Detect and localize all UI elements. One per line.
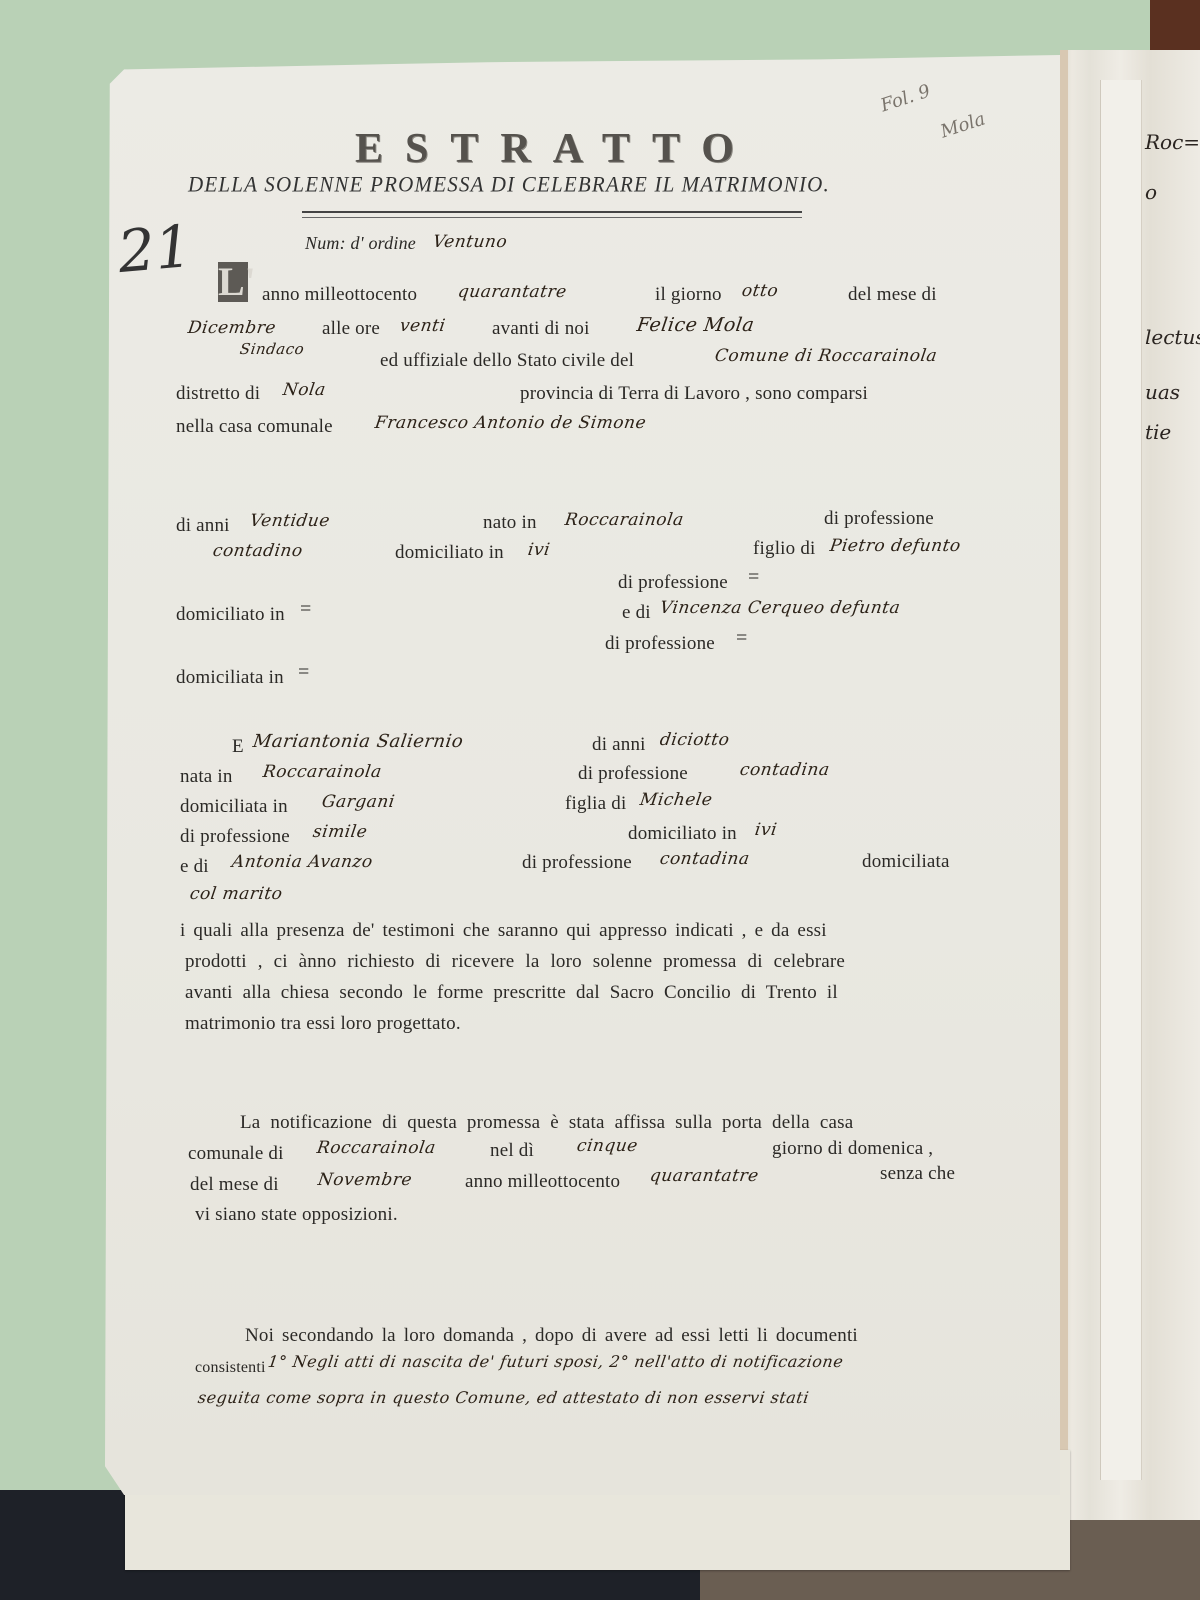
ore-value: venti — [399, 316, 447, 336]
notif-senza-label: senza che — [880, 1163, 955, 1185]
num-ordine-value: Ventuno — [432, 232, 509, 252]
groom-father-dom-label: domiciliato in — [176, 604, 285, 626]
bride-anni-label: di anni — [592, 734, 646, 756]
groom-mother-prof-label: di professione — [605, 633, 715, 655]
sheet-strip — [1100, 80, 1142, 1480]
groom-madre-label: e di — [622, 602, 651, 624]
para1-line3: avanti alla chiesa secondo le forme pres… — [185, 982, 838, 1004]
bride-nata-label: nata in — [180, 766, 233, 788]
groom-father-prof-value: = — [748, 566, 759, 589]
bride-father-dom-label: domiciliato in — [628, 823, 737, 845]
adjacent-note: uas — [1145, 380, 1180, 404]
bride-mother: Antonia Avanzo — [231, 852, 374, 872]
groom-father: Pietro defunto — [829, 536, 963, 556]
notif-nel-di-label: nel dì — [490, 1140, 534, 1162]
bride-figlia-label: figlia di — [565, 793, 626, 815]
bride-domiciliata-label: domiciliata in — [180, 796, 288, 818]
giorno-value: otto — [741, 281, 780, 301]
bride-domiciliata-value: Gargani — [321, 792, 397, 812]
comune-value: Comune di Roccarainola — [714, 346, 939, 366]
groom-father-prof-label: di professione — [618, 572, 728, 594]
noi-line1: Noi secondando la loro domanda , dopo di… — [245, 1325, 858, 1347]
ore-label: alle ore — [322, 318, 380, 340]
bride-father-dom-value: ivi — [754, 820, 779, 840]
notif-mese-label: del mese di — [190, 1174, 279, 1196]
anno-label: anno milleottocento — [262, 284, 417, 306]
adjacent-note: lectus — [1145, 325, 1200, 349]
groom-mother-dom-value: = — [298, 661, 309, 684]
bride-name: Mariantonia Saliernio — [252, 731, 465, 752]
mese-value: Dicembre — [187, 318, 278, 338]
mese-label: del mese di — [848, 284, 937, 306]
document-title: ESTRATTO — [355, 125, 756, 173]
officer-role: Sindaco — [239, 340, 306, 358]
para1-line4: matrimonio tra essi loro progettato. — [185, 1013, 461, 1035]
groom-domiciliato-value: ivi — [527, 540, 552, 560]
groom-nato-label: nato in — [483, 512, 537, 534]
groom-mother: Vincenza Cerqueo defunta — [659, 598, 902, 618]
distretto-label: distretto di — [176, 383, 260, 405]
bride-father: Michele — [639, 790, 714, 810]
groom-mother-dom-label: domiciliata in — [176, 667, 284, 689]
consistenti-label: consistenti — [195, 1359, 266, 1377]
groom-anni-label: di anni — [176, 515, 230, 537]
notif-line4: vi siano state opposizioni. — [195, 1204, 398, 1226]
groom-domiciliato-label: domiciliato in — [395, 542, 504, 564]
anno-value: quarantatre — [457, 282, 568, 302]
giorno-label: il giorno — [655, 284, 722, 306]
groom-nato-value: Roccarainola — [564, 510, 685, 530]
consistenti-hand2: seguita come sopra in questo Comune, ed … — [197, 1388, 811, 1407]
bride-mother-dom-value: col marito — [189, 884, 284, 904]
bride-father-prof-label: di professione — [180, 826, 290, 848]
notif-anno-value: quarantatre — [649, 1166, 760, 1186]
bride-anni-value: diciotto — [659, 730, 731, 750]
num-ordine-label: Num: d' ordine — [305, 233, 416, 254]
bride-mother-prof-label: di professione — [522, 852, 632, 874]
stacked-sheets — [1060, 50, 1200, 1520]
bride-e-label: E — [232, 736, 244, 758]
adjacent-note: Roc= — [1145, 130, 1200, 154]
groom-figlio-label: figlio di — [753, 538, 816, 560]
casa-label: nella casa comunale — [176, 416, 333, 438]
bride-professione-value: contadina — [739, 760, 831, 780]
para1-line2: prodotti , ci ànno richiesto di ricevere… — [185, 951, 845, 973]
drop-cap: L' — [218, 262, 248, 302]
para1-line1: i quali alla presenza de' testimoni che … — [180, 920, 827, 942]
notif-line1: La notificazione di questa promessa è st… — [240, 1112, 853, 1134]
groom-professione-label: di professione — [824, 508, 934, 530]
notif-giorno-label: giorno di domenica , — [772, 1138, 933, 1160]
sheet-edge — [1060, 50, 1068, 1520]
ufficiale-label: ed uffiziale dello Stato civile del — [380, 350, 634, 372]
groom-anni-value: Ventidue — [249, 511, 332, 531]
notif-comune-value: Roccarainola — [316, 1138, 437, 1158]
document-subtitle: DELLA SOLENNE PROMESSA DI CELEBRARE IL M… — [188, 171, 830, 197]
bride-nata-value: Roccarainola — [262, 762, 383, 782]
title-rule — [302, 211, 802, 218]
groom-professione-value: contadino — [212, 541, 304, 561]
notif-comunale-label: comunale di — [188, 1143, 284, 1165]
bride-professione-label: di professione — [578, 763, 688, 785]
notif-anno-label: anno milleottocento — [465, 1171, 620, 1193]
consistenti-hand1: 1° Negli atti di nascita de' futuri spos… — [267, 1352, 845, 1371]
bride-mother-prof-value: contadina — [659, 849, 751, 869]
bride-father-prof-value: simile — [312, 822, 369, 842]
provincia-label: provincia di Terra di Lavoro , sono comp… — [520, 383, 868, 405]
officer-name: Felice Mola — [635, 314, 755, 336]
groom-name: Francesco Antonio de Simone — [374, 413, 648, 433]
groom-father-dom-value: = — [300, 598, 311, 621]
adjacent-note: tie — [1145, 420, 1171, 444]
avanti-label: avanti di noi — [492, 318, 590, 340]
notif-mese-value: Novembre — [317, 1170, 414, 1190]
bride-mother-dom-label: domiciliata — [862, 851, 950, 873]
margin-number: 21 — [115, 212, 194, 286]
bride-madre-label: e di — [180, 856, 209, 878]
distretto-value: Nola — [282, 380, 327, 400]
adjacent-note: o — [1145, 180, 1157, 204]
notif-day-value: cinque — [576, 1136, 640, 1156]
groom-mother-prof-value: = — [736, 627, 747, 650]
